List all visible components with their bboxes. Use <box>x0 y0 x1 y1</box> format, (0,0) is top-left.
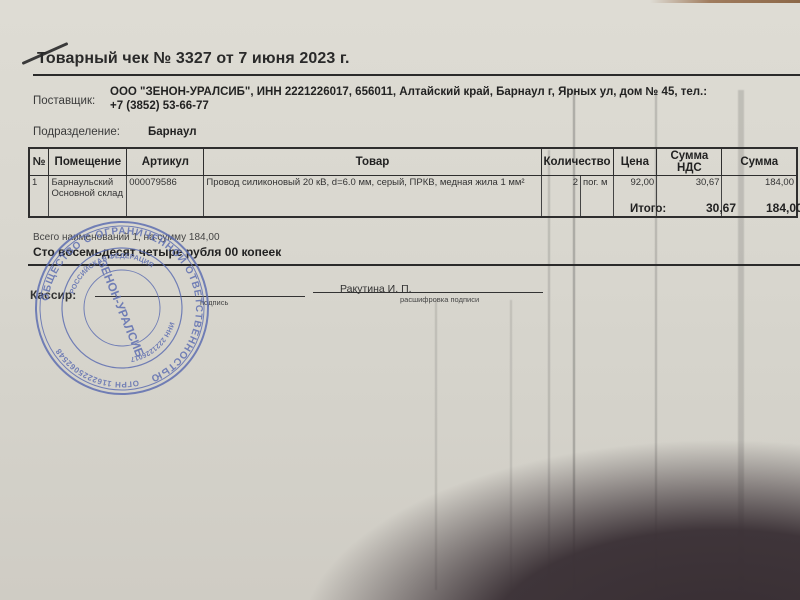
col-article: Артикул <box>127 148 204 176</box>
decode-caption: расшифровка подписи <box>400 295 479 304</box>
items-table: № Помещение Артикул Товар Количество Цен… <box>28 147 798 218</box>
totals-vat: 30,67 <box>706 201 736 215</box>
totals-label: Итого: <box>630 203 666 215</box>
col-vat: Сумма НДС <box>657 148 722 176</box>
company-stamp-icon: ОБЩЕСТВО С ОГРАНИЧЕННОЙ ОТВЕТСТВЕННОСТЬЮ… <box>29 215 215 401</box>
division-value: Барнаул <box>148 126 197 138</box>
toner-streak <box>510 300 512 590</box>
col-sum: Сумма <box>722 148 797 176</box>
col-qty: Количество <box>541 148 613 176</box>
cell-num: 1 <box>29 176 49 218</box>
cell-product: Провод силиконовый 20 кВ, d=6.0 мм, серы… <box>204 176 541 218</box>
supplier-phone: +7 (3852) 53-66-77 <box>110 100 209 112</box>
cell-qty: 2 <box>541 176 581 218</box>
totals-sum: 184,00 <box>766 201 800 215</box>
table-edge <box>650 0 800 3</box>
cell-article: 000079586 <box>127 176 204 218</box>
table-row: 1 Барнаульский Основной склад 000079586 … <box>29 176 797 218</box>
toner-streak <box>435 300 437 590</box>
col-num: № <box>29 148 49 176</box>
col-room: Помещение <box>49 148 127 176</box>
cell-unit: пог. м <box>581 176 614 218</box>
supplier-label: Поставщик: <box>33 95 95 107</box>
stamp-center-text: ЗЕНОН-УРАЛСИБ <box>95 258 147 360</box>
cashier-name: Ракутина И. П. <box>340 283 412 295</box>
title-underline <box>33 74 800 76</box>
division-label: Подразделение: <box>33 126 120 138</box>
cell-room: Барнаульский Основной склад <box>49 176 127 218</box>
document-title: Товарный чек № 3327 от 7 июня 2023 г. <box>37 50 350 68</box>
supplier-details: ООО "ЗЕНОН-УРАЛСИБ", ИНН 2221226017, 656… <box>110 86 707 98</box>
table-header-row: № Помещение Артикул Товар Количество Цен… <box>29 148 797 176</box>
decode-line <box>313 292 543 293</box>
col-product: Товар <box>204 148 541 176</box>
col-price: Цена <box>613 148 657 176</box>
